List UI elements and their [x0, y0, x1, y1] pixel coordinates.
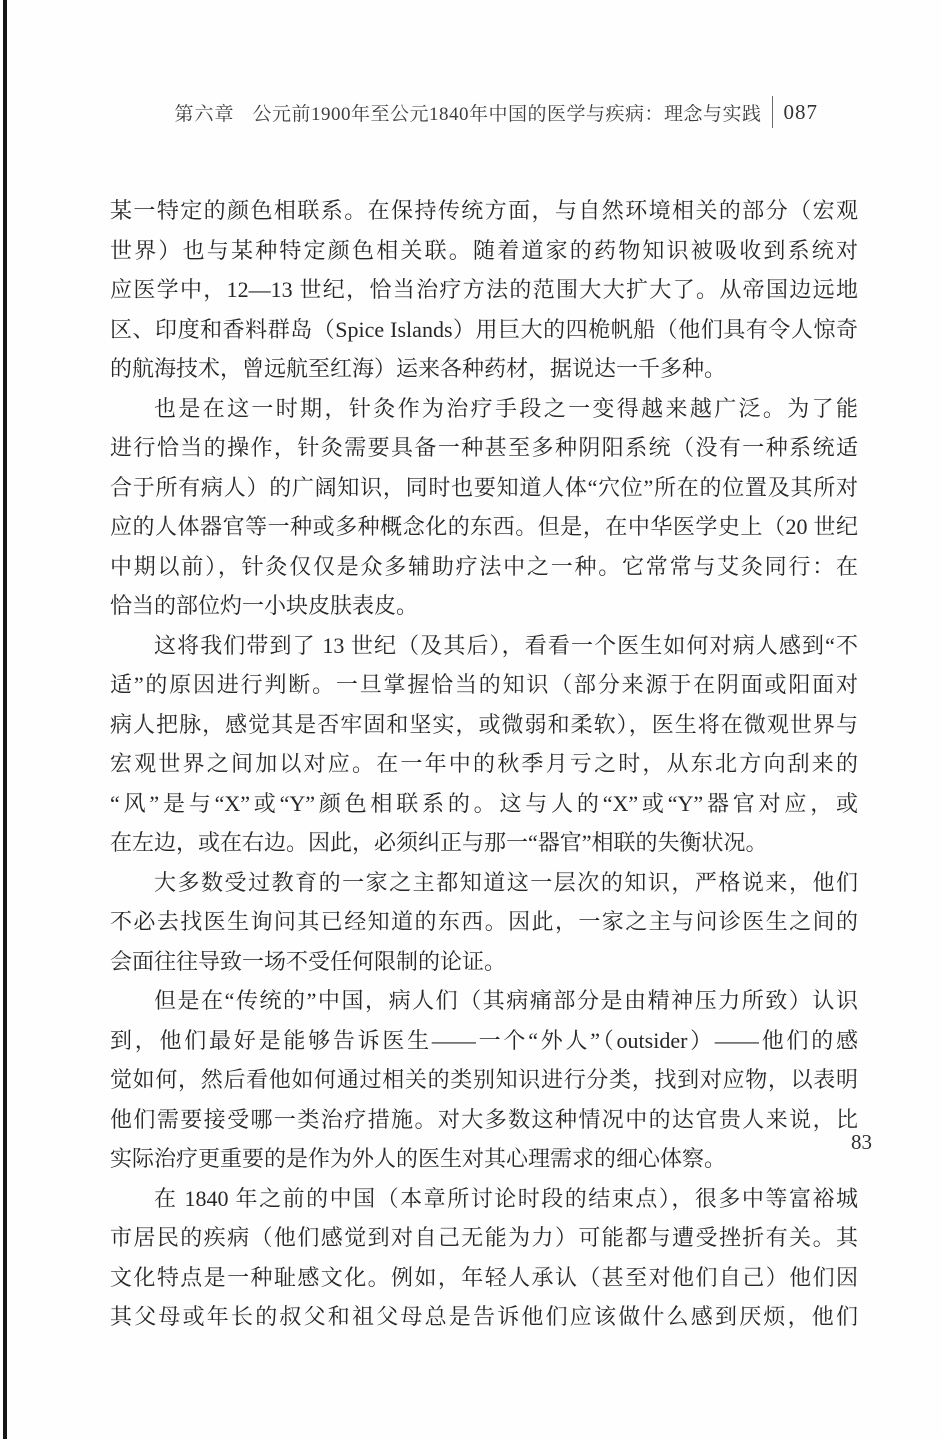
text-line: 这将我们带到了 13 世纪（及其后），看看一个医生如何对病人感到“不	[110, 626, 858, 666]
text-line: 到，他们最好是能够告诉医生——一个“外人”（outsider）——他们的感	[110, 1021, 858, 1061]
text-line: 适”的原因进行判断。一旦掌握恰当的知识（部分来源于在阴面或阳面对	[110, 665, 858, 705]
text-line: 不必去找医生询问其已经知道的东西。因此，一家之主与问诊医生之间的	[110, 902, 858, 942]
text-line: 实际治疗更重要的是作为外人的医生对其心理需求的细心体察。	[110, 1139, 858, 1179]
text-line: 某一特定的颜色相联系。在保持传统方面，与自然环境相关的部分（宏观	[110, 191, 858, 231]
text-line: 中期以前），针灸仅仅是众多辅助疗法中之一种。它常常与艾灸同行：在	[110, 547, 858, 587]
text-line: 进行恰当的操作，针灸需要具备一种甚至多种阴阳系统（没有一种系统适	[110, 428, 858, 468]
text-line: 应的人体器官等一种或多种概念化的东西。但是，在中华医学史上（20 世纪	[110, 507, 858, 547]
text-line: 在左边，或在右边。因此，必须纠正与那一“器官”相联的失衡状况。	[110, 823, 858, 863]
margin-note: 83	[851, 1127, 872, 1157]
text-line: 合于所有病人）的广阔知识，同时也要知道人体“穴位”所在的位置及其所对	[110, 468, 858, 508]
scan-edge-line	[3, 0, 7, 1439]
text-line: 宏观世界之间加以对应。在一年中的秋季月亏之时，从东北方向刮来的	[110, 744, 858, 784]
text-line: 世界）也与某种特定颜色相关联。随着道家的药物知识被吸收到系统对	[110, 231, 858, 271]
text-line: 他们需要接受哪一类治疗措施。对大多数这种情况中的达官贵人来说，比	[110, 1100, 858, 1140]
chapter-label: 第六章	[174, 99, 234, 126]
text-line: 应医学中，12—13 世纪，恰当治疗方法的范围大大扩大了。从帝国边远地	[110, 270, 858, 310]
running-title: 公元前1900年至公元1840年中国的医学与疾病：理念与实践	[252, 99, 761, 126]
text-line: 市居民的疾病（他们感觉到对自己无能为力）可能都与遭受挫折有关。其	[110, 1218, 858, 1258]
text-line: 但是在“传统的”中国，病人们（其病痛部分是由精神压力所致）认识	[110, 981, 858, 1021]
text-line: 的航海技术，曾远航至红海）运来各种药材，据说达一千多种。	[110, 349, 858, 389]
text-line: 病人把脉，感觉其是否牢固和坚实，或微弱和柔软），医生将在微观世界与	[110, 705, 858, 745]
text-line: 也是在这一时期，针灸作为治疗手段之一变得越来越广泛。为了能	[110, 389, 858, 429]
text-line: 在 1840 年之前的中国（本章所讨论时段的结束点），很多中等富裕城	[110, 1179, 858, 1219]
body-text-block: 某一特定的颜色相联系。在保持传统方面，与自然环境相关的部分（宏观世界）也与某种特…	[110, 191, 858, 1337]
page-number: 087	[784, 100, 819, 125]
text-line: 大多数受过教育的一家之主都知道这一层次的知识，严格说来，他们	[110, 863, 858, 903]
book-page: 第六章 公元前1900年至公元1840年中国的医学与疾病：理念与实践 087 某…	[0, 0, 942, 1439]
text-line: 文化特点是一种耻感文化。例如，年轻人承认（甚至对他们自己）他们因	[110, 1258, 858, 1298]
text-line: 恰当的部位灼一小块皮肤表皮。	[110, 586, 858, 626]
text-line: 觉如何，然后看他如何通过相关的类别知识进行分类，找到对应物，以表明	[110, 1060, 858, 1100]
text-line: 区、印度和香料群岛（Spice Islands）用巨大的四桅帆船（他们具有令人惊…	[110, 310, 858, 350]
page-header: 第六章 公元前1900年至公元1840年中国的医学与疾病：理念与实践 087	[174, 96, 818, 128]
header-divider-line	[772, 96, 773, 128]
text-line: “风”是与“X”或“Y”颜色相联系的。这与人的“X”或“Y”器官对应，或	[110, 784, 858, 824]
text-line: 其父母或年长的叔父和祖父母总是告诉他们应该做什么感到厌烦，他们	[110, 1297, 858, 1337]
text-line: 会面往往导致一场不受任何限制的论证。	[110, 942, 858, 982]
